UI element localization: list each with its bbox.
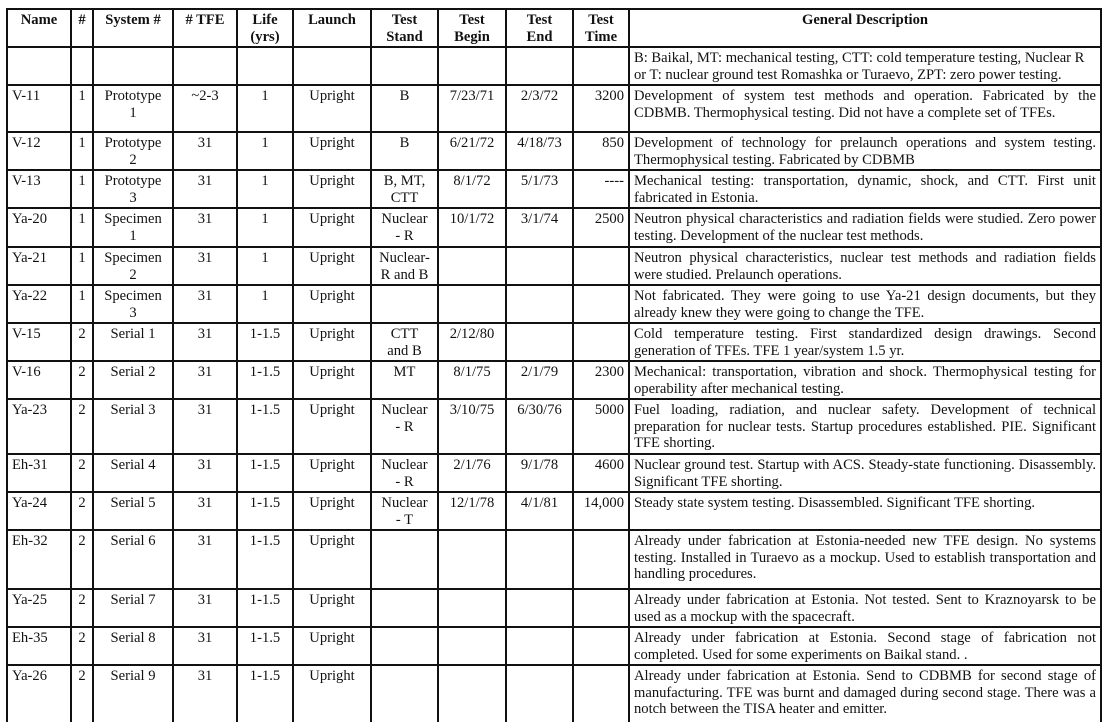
cell-num: 1: [71, 285, 93, 323]
cell-launch: Upright: [293, 361, 371, 399]
cell-test-stand: MT: [371, 361, 438, 399]
cell-test-time: [573, 627, 629, 665]
cell-test-time: ----: [573, 170, 629, 208]
cell-name: Ya-21: [7, 247, 71, 285]
cell-test-time: [573, 530, 629, 589]
col-header-test-begin: TestBegin: [438, 9, 506, 47]
cell-num: 2: [71, 665, 93, 722]
cell-name: V-13: [7, 170, 71, 208]
cell-system: Prototype3: [93, 170, 173, 208]
cell-launch: Upright: [293, 492, 371, 530]
cell-system: Serial 7: [93, 589, 173, 627]
cell-test-stand: B: [371, 85, 438, 132]
cell-test-time: [573, 589, 629, 627]
cell-test-begin: 2/1/76: [438, 454, 506, 492]
cell-tfe: 31: [173, 454, 237, 492]
cell-test-begin: [438, 665, 506, 722]
cell-system: Serial 3: [93, 399, 173, 454]
cell-test-end: [506, 589, 573, 627]
col-header-test-end: TestEnd: [506, 9, 573, 47]
cell-tfe: 31: [173, 589, 237, 627]
cell-life: 1-1.5: [237, 399, 293, 454]
cell-test-begin: 3/10/75: [438, 399, 506, 454]
cell-system: Specimen1: [93, 208, 173, 247]
cell-system: Specimen2: [93, 247, 173, 285]
cell-description: Development of technology for prelaunch …: [629, 132, 1101, 170]
cell-test-time: [573, 323, 629, 361]
cell-num: 1: [71, 132, 93, 170]
cell-test-begin: [438, 247, 506, 285]
cell-tfe: 31: [173, 170, 237, 208]
table-row: Eh-31 2 Serial 4 31 1-1.5 Upright Nuclea…: [7, 454, 1101, 492]
cell-description: Mechanical testing: transportation, dyna…: [629, 170, 1101, 208]
cell-system: Serial 1: [93, 323, 173, 361]
col-header-description: General Description: [629, 9, 1101, 47]
cell-tfe: ~2-3: [173, 85, 237, 132]
cell-name: Ya-20: [7, 208, 71, 247]
cell-tfe: 31: [173, 247, 237, 285]
cell-life: 1-1.5: [237, 361, 293, 399]
cell-life: 1: [237, 85, 293, 132]
cell-test-stand: B: [371, 132, 438, 170]
cell-test-begin: 7/23/71: [438, 85, 506, 132]
table-row: Eh-35 2 Serial 8 31 1-1.5 Upright Alread…: [7, 627, 1101, 665]
cell-description: Already under fabrication at Estonia-nee…: [629, 530, 1101, 589]
cell-life: 1-1.5: [237, 589, 293, 627]
cell-num: 2: [71, 589, 93, 627]
cell-test-end: 4/1/81: [506, 492, 573, 530]
table-row: Ya-25 2 Serial 7 31 1-1.5 Upright Alread…: [7, 589, 1101, 627]
cell-num: 2: [71, 323, 93, 361]
table-row: V-12 1 Prototype2 31 1 Upright B 6/21/72…: [7, 132, 1101, 170]
cell-description: Already under fabrication at Estonia. No…: [629, 589, 1101, 627]
cell-description: Mechanical: transportation, vibration an…: [629, 361, 1101, 399]
cell-test-end: [506, 665, 573, 722]
cell-test-begin: [438, 285, 506, 323]
cell-name: Ya-22: [7, 285, 71, 323]
cell-num: 2: [71, 454, 93, 492]
cell-test-begin: [438, 530, 506, 589]
cell-test-end: [506, 247, 573, 285]
col-header-num: #: [71, 9, 93, 47]
cell-system: Serial 5: [93, 492, 173, 530]
cell-tfe: 31: [173, 530, 237, 589]
cell-test-time: [573, 665, 629, 722]
cell-test-end: [506, 530, 573, 589]
col-header-launch: Launch: [293, 9, 371, 47]
cell-description: Not fabricated. They were going to use Y…: [629, 285, 1101, 323]
cell-name: Eh-32: [7, 530, 71, 589]
cell-test-end: [506, 285, 573, 323]
cell-launch: Upright: [293, 454, 371, 492]
cell-launch: Upright: [293, 589, 371, 627]
cell-life: 1: [237, 132, 293, 170]
cell-test-stand: CTTand B: [371, 323, 438, 361]
header-row: Name # System # # TFE Life(yrs) Launch T…: [7, 9, 1101, 47]
cell-description: Neutron physical characteristics and rad…: [629, 208, 1101, 247]
cell-num: 2: [71, 627, 93, 665]
cell-test-begin: 8/1/75: [438, 361, 506, 399]
cell-description: Development of system test methods and o…: [629, 85, 1101, 132]
cell-test-end: 4/18/73: [506, 132, 573, 170]
cell-test-time: 850: [573, 132, 629, 170]
cell-test-stand: Nuclear- T: [371, 492, 438, 530]
cell-launch: Upright: [293, 285, 371, 323]
cell-test-begin: [438, 589, 506, 627]
cell-description: Already under fabrication at Estonia. Se…: [629, 665, 1101, 722]
cell-num: 2: [71, 530, 93, 589]
cell-test-stand: [371, 665, 438, 722]
cell-life: 1-1.5: [237, 492, 293, 530]
cell-tfe: 31: [173, 208, 237, 247]
cell-name: Eh-35: [7, 627, 71, 665]
cell-launch: Upright: [293, 247, 371, 285]
table-row: Ya-26 2 Serial 9 31 1-1.5 Upright Alread…: [7, 665, 1101, 722]
cell-launch: Upright: [293, 399, 371, 454]
col-header-name: Name: [7, 9, 71, 47]
table-row: Ya-23 2 Serial 3 31 1-1.5 Upright Nuclea…: [7, 399, 1101, 454]
cell-life: 1-1.5: [237, 454, 293, 492]
table-row: V-15 2 Serial 1 31 1-1.5 Upright CTTand …: [7, 323, 1101, 361]
cell-tfe: 31: [173, 665, 237, 722]
cell-system: Serial 9: [93, 665, 173, 722]
cell-life: 1-1.5: [237, 665, 293, 722]
cell-description: Neutron physical characteristics, nuclea…: [629, 247, 1101, 285]
cell-test-stand: B, MT,CTT: [371, 170, 438, 208]
cell-name: V-11: [7, 85, 71, 132]
cell-launch: Upright: [293, 132, 371, 170]
cell-test-stand: Nuclear- R: [371, 208, 438, 247]
cell-life: 1: [237, 285, 293, 323]
cell-num: 2: [71, 399, 93, 454]
cell-life: 1: [237, 170, 293, 208]
cell-name: V-16: [7, 361, 71, 399]
cell-life: 1-1.5: [237, 530, 293, 589]
cell-life: 1: [237, 247, 293, 285]
table-row: Eh-32 2 Serial 6 31 1-1.5 Upright Alread…: [7, 530, 1101, 589]
cell-test-end: [506, 323, 573, 361]
system-test-table: Name # System # # TFE Life(yrs) Launch T…: [6, 8, 1102, 722]
cell-test-end: 5/1/73: [506, 170, 573, 208]
cell-name: Ya-23: [7, 399, 71, 454]
cell-num: 1: [71, 85, 93, 132]
cell-test-end: [506, 627, 573, 665]
cell-test-time: [573, 247, 629, 285]
col-header-life: Life(yrs): [237, 9, 293, 47]
cell-tfe: 31: [173, 361, 237, 399]
cell-test-end: 6/30/76: [506, 399, 573, 454]
col-header-test-time: TestTime: [573, 9, 629, 47]
legend-text: B: Baikal, MT: mechanical testing, CTT: …: [629, 47, 1101, 85]
cell-description: Fuel loading, radiation, and nuclear saf…: [629, 399, 1101, 454]
cell-system: Serial 2: [93, 361, 173, 399]
cell-name: Ya-26: [7, 665, 71, 722]
cell-launch: Upright: [293, 665, 371, 722]
cell-test-begin: 2/12/80: [438, 323, 506, 361]
cell-test-begin: 6/21/72: [438, 132, 506, 170]
cell-num: 1: [71, 247, 93, 285]
cell-test-stand: [371, 589, 438, 627]
legend-row: B: Baikal, MT: mechanical testing, CTT: …: [7, 47, 1101, 85]
table-row: V-11 1 Prototype1 ~2-3 1 Upright B 7/23/…: [7, 85, 1101, 132]
cell-system: Serial 6: [93, 530, 173, 589]
cell-test-stand: Nuclear- R: [371, 454, 438, 492]
cell-test-stand: [371, 627, 438, 665]
cell-launch: Upright: [293, 85, 371, 132]
cell-name: Eh-31: [7, 454, 71, 492]
cell-num: 1: [71, 208, 93, 247]
cell-test-end: 3/1/74: [506, 208, 573, 247]
cell-test-time: 2500: [573, 208, 629, 247]
cell-name: V-15: [7, 323, 71, 361]
cell-life: 1-1.5: [237, 323, 293, 361]
cell-test-begin: [438, 627, 506, 665]
cell-description: Nuclear ground test. Startup with ACS. S…: [629, 454, 1101, 492]
cell-num: 2: [71, 492, 93, 530]
cell-test-begin: 8/1/72: [438, 170, 506, 208]
cell-test-time: 4600: [573, 454, 629, 492]
cell-system: Serial 8: [93, 627, 173, 665]
cell-launch: Upright: [293, 530, 371, 589]
col-header-system: System #: [93, 9, 173, 47]
cell-life: 1-1.5: [237, 627, 293, 665]
cell-system: Prototype1: [93, 85, 173, 132]
cell-test-end: 9/1/78: [506, 454, 573, 492]
cell-tfe: 31: [173, 323, 237, 361]
cell-test-time: 3200: [573, 85, 629, 132]
cell-test-end: 2/3/72: [506, 85, 573, 132]
cell-life: 1: [237, 208, 293, 247]
cell-test-stand: Nuclear-R and B: [371, 247, 438, 285]
cell-tfe: 31: [173, 492, 237, 530]
cell-description: Cold temperature testing. First standard…: [629, 323, 1101, 361]
table-row: Ya-20 1 Specimen1 31 1 Upright Nuclear- …: [7, 208, 1101, 247]
cell-launch: Upright: [293, 208, 371, 247]
cell-test-stand: [371, 530, 438, 589]
cell-system: Serial 4: [93, 454, 173, 492]
table-row: Ya-22 1 Specimen3 31 1 Upright Not fabri…: [7, 285, 1101, 323]
col-header-test-stand: TestStand: [371, 9, 438, 47]
cell-test-begin: 10/1/72: [438, 208, 506, 247]
cell-name: V-12: [7, 132, 71, 170]
cell-test-stand: Nuclear- R: [371, 399, 438, 454]
table-row: V-13 1 Prototype3 31 1 Upright B, MT,CTT…: [7, 170, 1101, 208]
cell-tfe: 31: [173, 285, 237, 323]
cell-test-time: 5000: [573, 399, 629, 454]
cell-test-end: 2/1/79: [506, 361, 573, 399]
cell-description: Steady state system testing. Disassemble…: [629, 492, 1101, 530]
cell-launch: Upright: [293, 627, 371, 665]
cell-test-time: 2300: [573, 361, 629, 399]
table-row: V-16 2 Serial 2 31 1-1.5 Upright MT 8/1/…: [7, 361, 1101, 399]
cell-num: 1: [71, 170, 93, 208]
cell-tfe: 31: [173, 399, 237, 454]
cell-launch: Upright: [293, 323, 371, 361]
cell-name: Ya-24: [7, 492, 71, 530]
cell-tfe: 31: [173, 132, 237, 170]
cell-name: Ya-25: [7, 589, 71, 627]
col-header-tfe: # TFE: [173, 9, 237, 47]
table-row: Ya-21 1 Specimen2 31 1 Upright Nuclear-R…: [7, 247, 1101, 285]
cell-test-stand: [371, 285, 438, 323]
cell-test-time: 14,000: [573, 492, 629, 530]
cell-launch: Upright: [293, 170, 371, 208]
cell-test-begin: 12/1/78: [438, 492, 506, 530]
cell-description: Already under fabrication at Estonia. Se…: [629, 627, 1101, 665]
cell-system: Specimen3: [93, 285, 173, 323]
table-row: Ya-24 2 Serial 5 31 1-1.5 Upright Nuclea…: [7, 492, 1101, 530]
cell-tfe: 31: [173, 627, 237, 665]
cell-num: 2: [71, 361, 93, 399]
cell-test-time: [573, 285, 629, 323]
cell-system: Prototype2: [93, 132, 173, 170]
